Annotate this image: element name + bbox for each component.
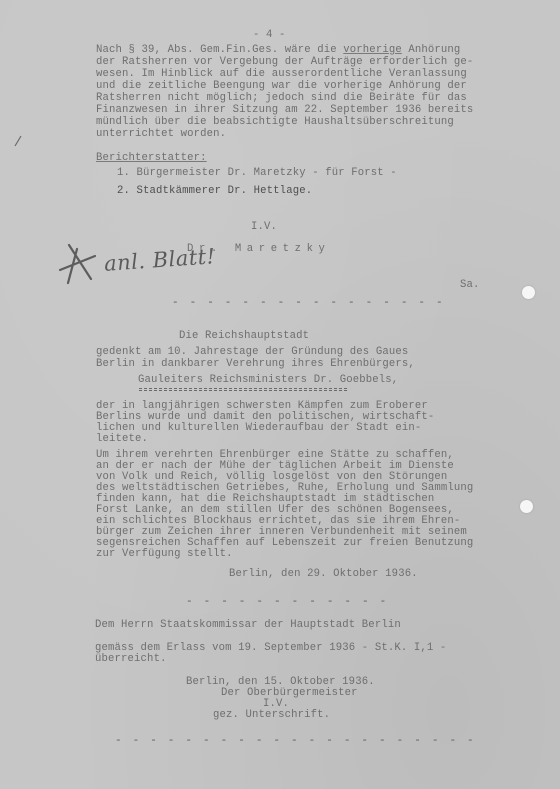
honoree-underline [139, 388, 347, 391]
asterisk-pencil-mark [57, 243, 97, 285]
transmittal-line: überreicht. [95, 654, 167, 665]
separator-dashes: - - - - - - - - - - - - - - - - [172, 297, 445, 309]
dedication-intro-line: Berlin in dankbarer Verehrung ihres Ehre… [96, 359, 415, 370]
punch-hole [522, 286, 535, 299]
handwritten-note: anl. Blatt! [103, 244, 216, 276]
underlined-word: vorherige [343, 44, 402, 56]
paragraph-line: der Ratsherren vor Vergebung der Aufträg… [96, 57, 473, 68]
dedication-intro-line: gedenkt am 10. Jahrestage der Gründung d… [96, 347, 408, 358]
dedication-title: Die Reichshauptstadt [179, 331, 309, 342]
paragraph-line: unterrichtet worden. [96, 129, 226, 140]
transmittal-addressee: Dem Herrn Staatskommissar der Hauptstadt… [95, 620, 401, 631]
document-page: - 4 - Nach § 39, Abs. Gem.Fin.Ges. wäre … [0, 0, 560, 789]
paragraph-line: Ratsherren nicht möglich; jedoch sind di… [96, 93, 467, 104]
reporter-item: 2. Stadtkämmerer Dr. Hettlage. [117, 186, 312, 197]
typist-initials: Sa. [460, 280, 480, 291]
signature-iv: I.V. [251, 222, 277, 233]
reporter-item: 1. Bürgermeister Dr. Maretzky - für Fors… [117, 168, 397, 179]
dedication-honoree: Gauleiters Reichsministers Dr. Goebbels, [138, 375, 398, 386]
paragraph-line: wesen. Im Hinblick auf die ausserordentl… [96, 69, 467, 80]
margin-tick-mark [13, 135, 23, 147]
paragraph-line: und die zeitliche Beengung war die vorhe… [96, 81, 467, 92]
reporters-heading: Berichterstatter: [96, 153, 207, 164]
closing-signature-note: gez. Unterschrift. [213, 710, 330, 721]
paragraph-line: mündlich über die beabsichtigte Haushalt… [96, 117, 454, 128]
paragraph-line: leitete. [96, 434, 148, 445]
separator-dashes: - - - - - - - - - - - - [186, 596, 388, 608]
paragraph-line: Nach § 39, Abs. Gem.Fin.Ges. wäre die vo… [96, 45, 460, 56]
paragraph-line: zur Verfügung stellt. [96, 549, 233, 560]
paragraph-line: Finanzwesen in ihrer Sitzung am 22. Sept… [96, 105, 473, 116]
page-number: - 4 - [253, 30, 286, 41]
separator-dashes: - - - - - - - - - - - - - - - - - - - - … [115, 735, 476, 747]
closing-title: Der Oberbürgermeister [221, 688, 358, 699]
dedication-date: Berlin, den 29. Oktober 1936. [229, 569, 418, 580]
punch-hole [520, 500, 533, 513]
